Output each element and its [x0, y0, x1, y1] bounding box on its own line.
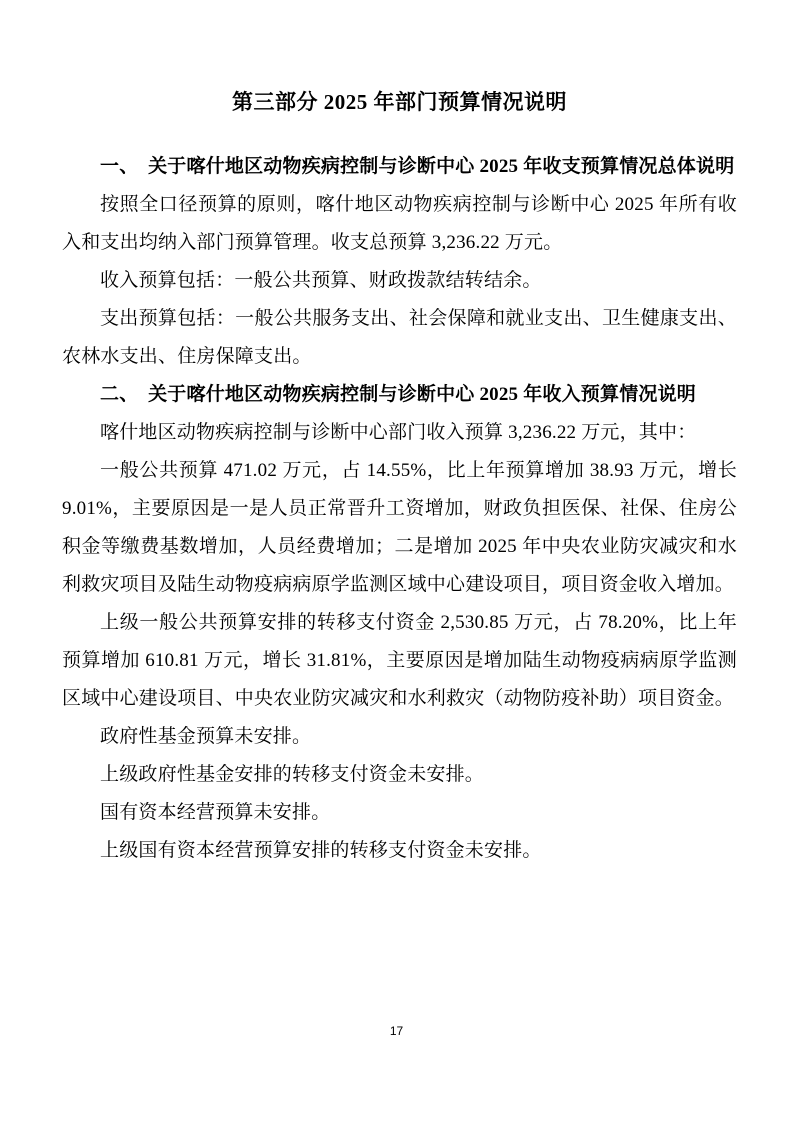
paragraph-state-capital-transfer: 上级国有资本经营预算安排的转移支付资金未安排。 — [62, 832, 737, 870]
document-title: 第三部分 2025 年部门预算情况说明 — [62, 88, 737, 116]
section-heading-income-expenditure-overview: 一、 关于喀什地区动物疾病控制与诊断中心 2025 年收支预算情况总体说明 — [62, 148, 737, 186]
paragraph-government-fund-budget: 政府性基金预算未安排。 — [62, 718, 737, 756]
paragraph-government-fund-transfer: 上级政府性基金安排的转移支付资金未安排。 — [62, 756, 737, 794]
page-footer: 17 — [0, 1022, 793, 1040]
document-page: 第三部分 2025 年部门预算情况说明 一、 关于喀什地区动物疾病控制与诊断中心… — [0, 0, 793, 1122]
paragraph-transfer-payment-funds: 上级一般公共预算安排的转移支付资金 2,530.85 万元，占 78.20%，比… — [62, 604, 737, 718]
paragraph-department-income-total: 喀什地区动物疾病控制与诊断中心部门收入预算 3,236.22 万元，其中： — [62, 414, 737, 452]
page-number: 17 — [390, 1024, 403, 1038]
document-content: 第三部分 2025 年部门预算情况说明 一、 关于喀什地区动物疾病控制与诊断中心… — [62, 88, 737, 870]
paragraph-general-public-budget: 一般公共预算 471.02 万元，占 14.55%，比上年预算增加 38.93 … — [62, 452, 737, 604]
paragraph-budget-principle: 按照全口径预算的原则，喀什地区动物疾病控制与诊断中心 2025 年所有收入和支出… — [62, 186, 737, 262]
paragraph-income-budget-includes: 收入预算包括：一般公共预算、财政拨款结转结余。 — [62, 262, 737, 300]
paragraph-state-capital-budget: 国有资本经营预算未安排。 — [62, 794, 737, 832]
paragraph-expenditure-budget-includes: 支出预算包括：一般公共服务支出、社会保障和就业支出、卫生健康支出、农林水支出、住… — [62, 300, 737, 376]
section-heading-income-budget-explanation: 二、 关于喀什地区动物疾病控制与诊断中心 2025 年收入预算情况说明 — [62, 376, 737, 414]
